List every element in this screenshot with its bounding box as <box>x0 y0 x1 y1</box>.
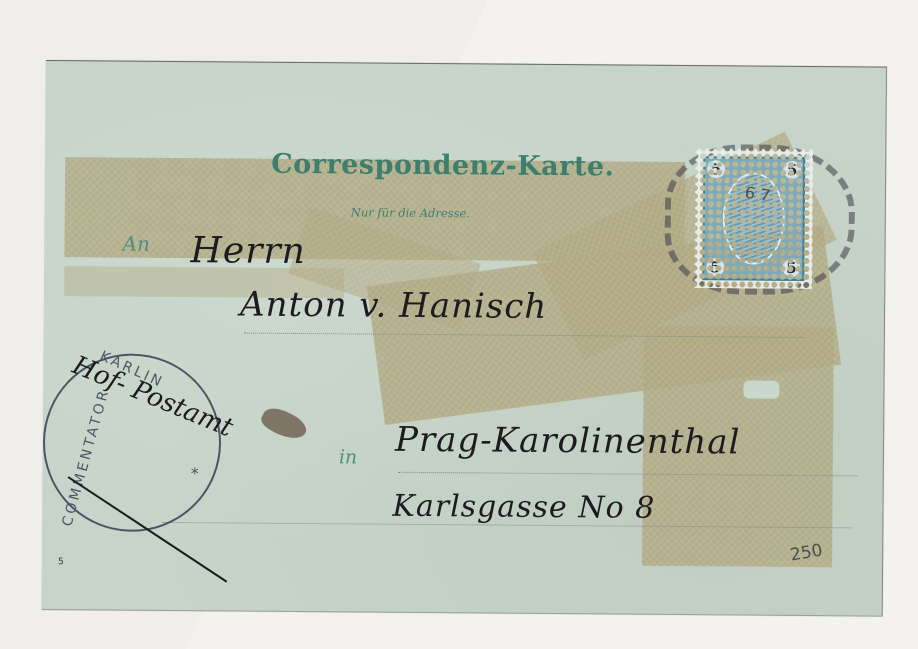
stamp-denomination: 5 <box>783 161 801 179</box>
stamp-denomination: 5 <box>782 259 800 277</box>
postcard: Correspondenz-Karte. Nur für die Adresse… <box>42 60 887 617</box>
postage-stamp: 5 5 5 5 <box>694 148 813 289</box>
address-line-3: Prag-Karolinenthal <box>395 420 741 463</box>
stamp-denomination: 5 <box>707 160 725 178</box>
address-prefix: An <box>122 232 150 256</box>
light-patch <box>743 380 779 398</box>
cancellation-date: 6 7 <box>744 183 772 206</box>
postmark-side-text: COMMENTATOR <box>59 387 112 529</box>
address-line-4: Karlsgasse No 8 <box>392 489 655 526</box>
stamp-face: 5 5 5 5 <box>702 156 805 281</box>
print-number: 5 <box>58 557 64 567</box>
stamp-denomination: 5 <box>706 258 724 276</box>
ink-stain <box>258 402 310 445</box>
city-prefix: in <box>339 446 358 468</box>
card-heading: Correspondenz-Karte. <box>271 149 615 183</box>
address-line-1: Herrn <box>190 230 306 272</box>
star-icon: * <box>191 464 199 483</box>
address-line-2: Anton v. Hanisch <box>240 285 547 327</box>
card-subheading: Nur für die Adresse. <box>351 205 470 220</box>
